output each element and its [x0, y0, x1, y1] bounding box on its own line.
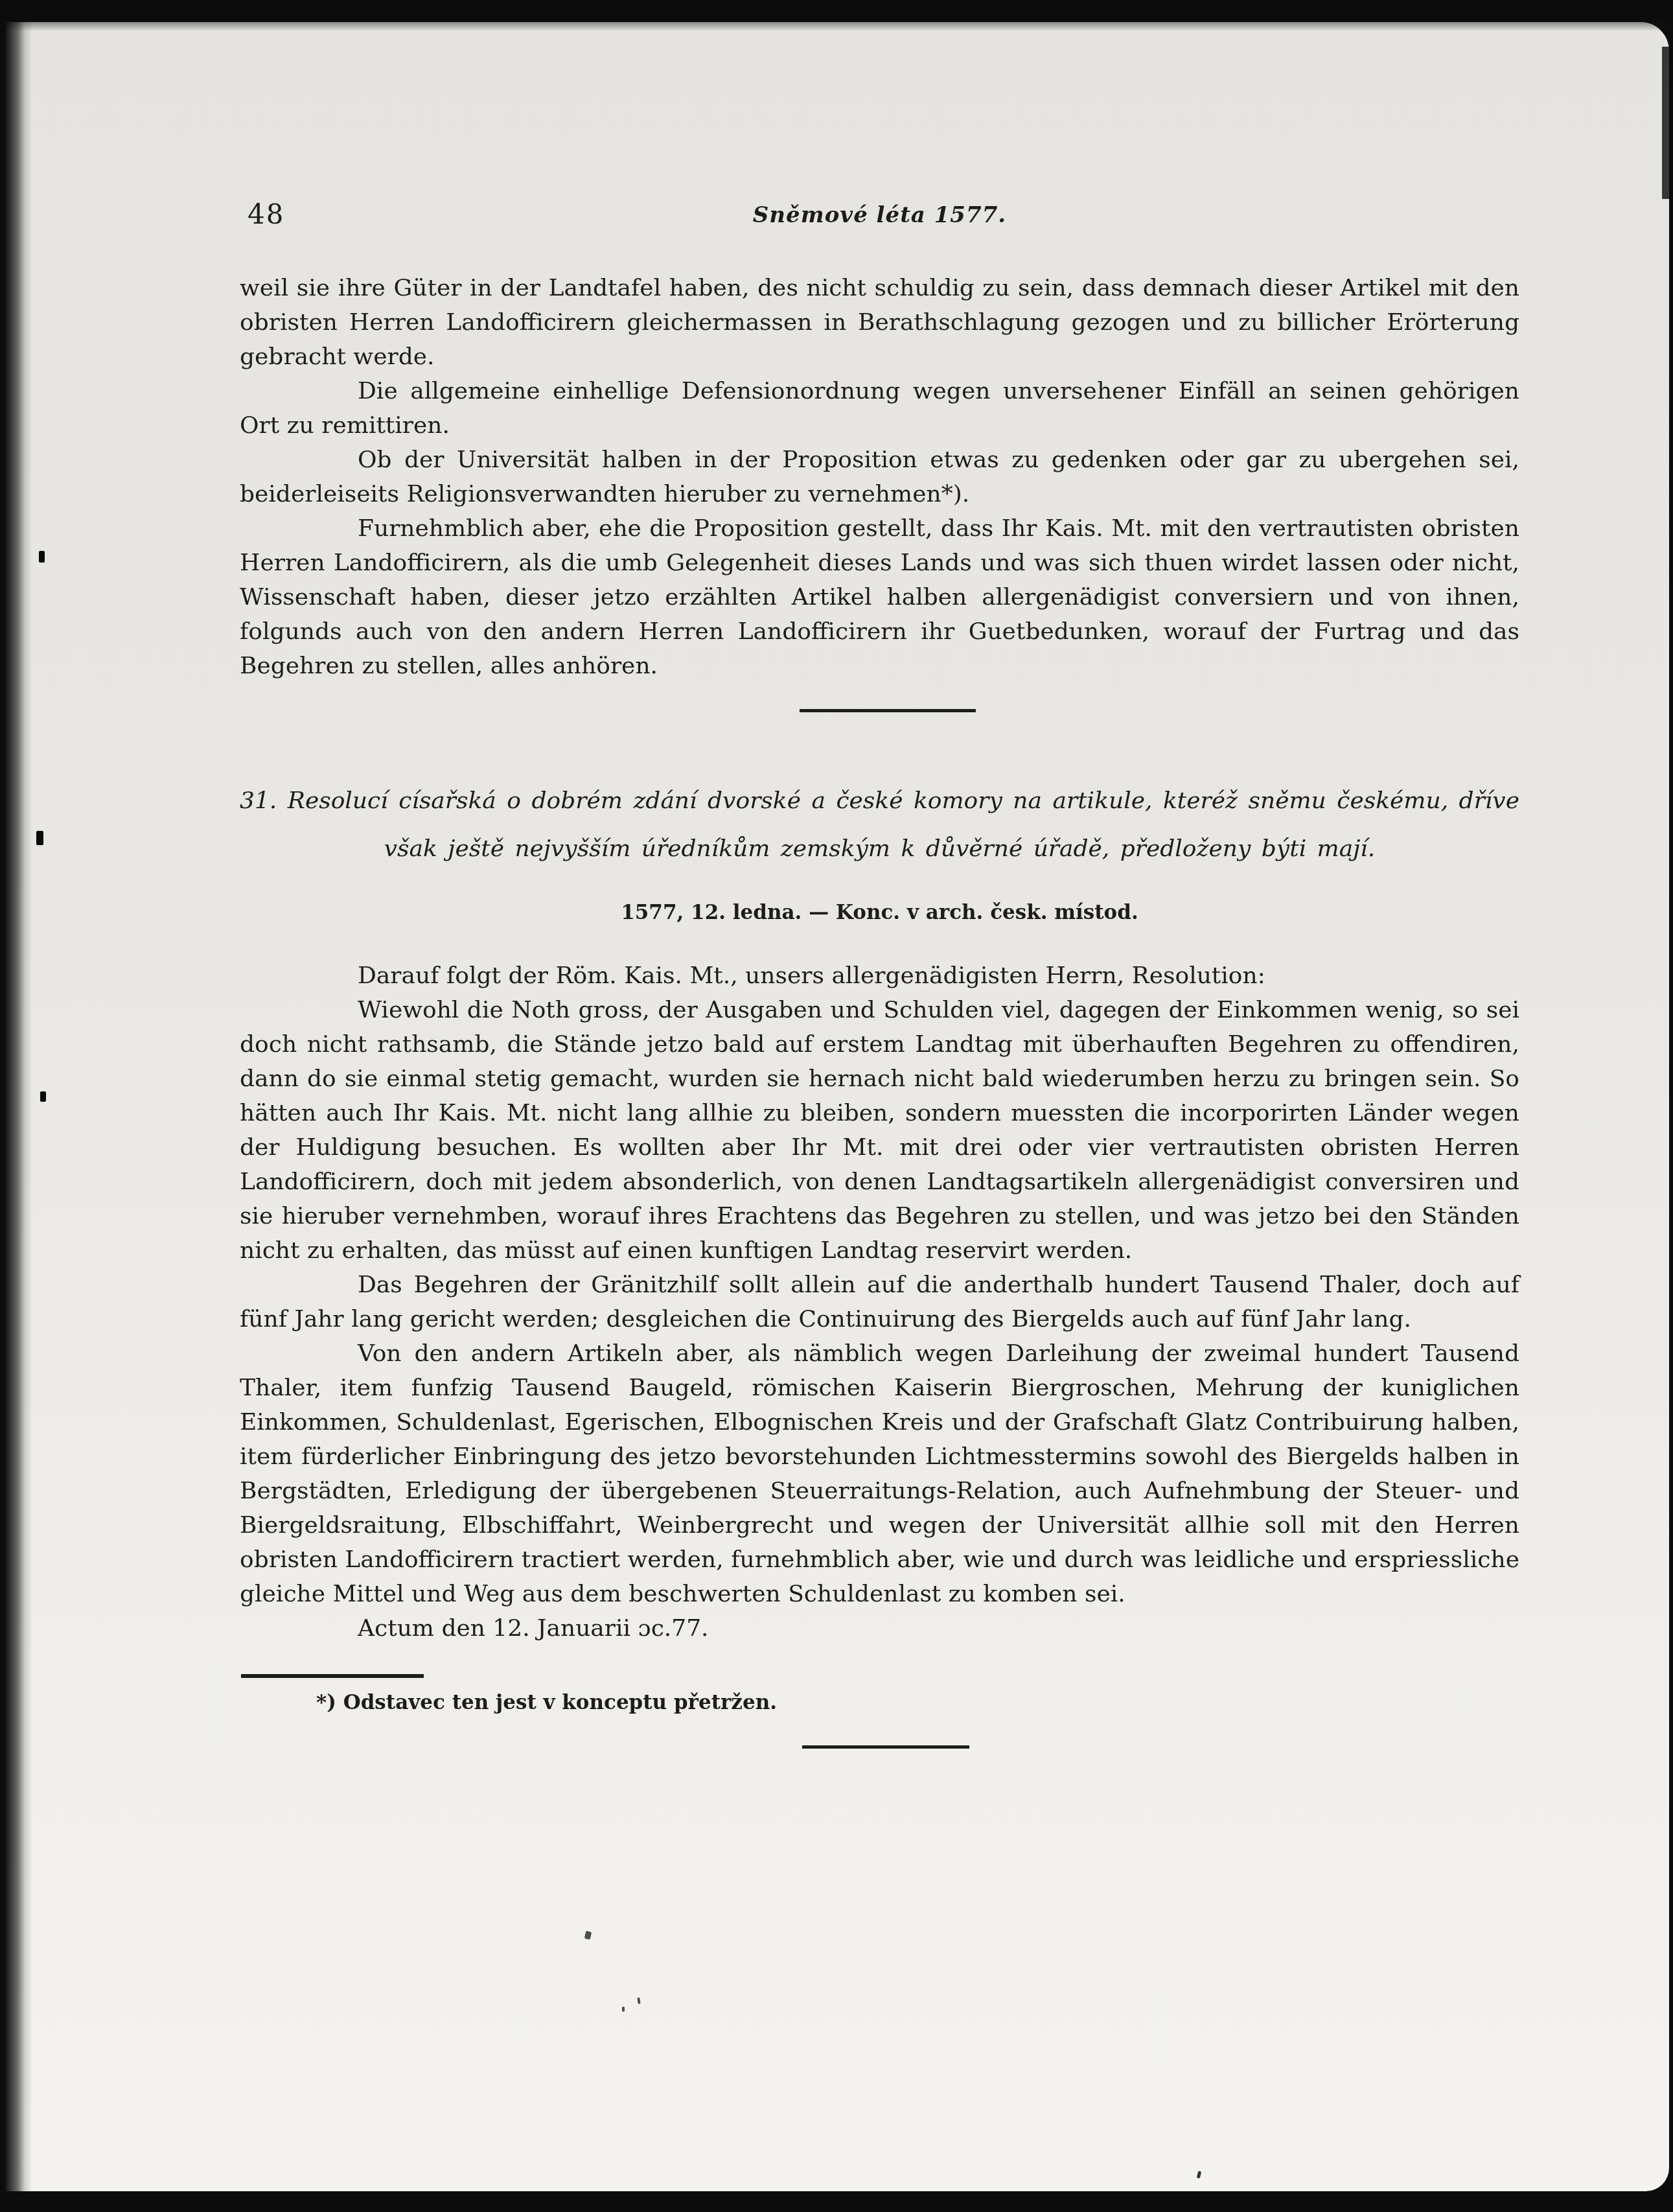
entry-title: Resolucí císařská o dobrém zdání dvorské…: [288, 787, 1519, 862]
entry-paragraph: Darauf folgt der Röm. Kais. Mt., unsers …: [240, 959, 1519, 993]
binding-mark: [39, 551, 45, 563]
footnote-marker: *): [316, 1691, 336, 1714]
footnote-text: Odstavec ten jest v konceptu přetržen.: [343, 1691, 777, 1714]
intro-paragraph: Furnehmblich aber, ehe die Proposition g…: [240, 511, 1519, 683]
scanned-book-page: 48 Sněmové léta 1577. weil sie ihre Güte…: [0, 0, 1673, 2212]
entry-paragraph: Von den andern Artikeln aber, als nämbli…: [240, 1336, 1519, 1611]
scan-edge-top-shadow: [5, 22, 1669, 31]
running-title: Sněmové léta 1577.: [240, 202, 1519, 228]
page-header: 48 Sněmové léta 1577.: [240, 198, 1519, 240]
entry-dateline: 1577, 12. ledna. — Konc. v arch. česk. m…: [240, 899, 1519, 926]
intro-paragraph: Die allgemeine einhellige Defensionordnu…: [240, 374, 1519, 443]
binding-mark: [36, 831, 43, 845]
binding-mark: [40, 1091, 46, 1102]
scan-edge-left: [5, 22, 32, 2191]
intro-paragraph: Ob der Universität halben in der Proposi…: [240, 443, 1519, 511]
entry-number: 31.: [240, 787, 277, 814]
text-column: weil sie ihre Güter in der Landtafel hab…: [240, 271, 1519, 1749]
section-divider: [800, 709, 976, 712]
entry-heading: 31. Resolucí císařská o dobrém zdání dvo…: [240, 777, 1519, 873]
scan-edge-right: [1662, 47, 1669, 199]
entry-paragraph: Das Begehren der Gränitzhilf sollt allei…: [240, 1268, 1519, 1336]
footnote: *) Odstavec ten jest v konceptu přetržen…: [316, 1688, 1519, 1717]
intro-paragraph: weil sie ihre Güter in der Landtafel hab…: [240, 271, 1519, 374]
entry-paragraph: Actum den 12. Januarii ɔc.77.: [240, 1611, 1519, 1646]
entry-paragraph: Wiewohl die Noth gross, der Ausgaben und…: [240, 993, 1519, 1268]
footnote-rule: [241, 1674, 424, 1678]
ink-speck: [622, 2007, 625, 2012]
end-divider: [802, 1745, 969, 1749]
